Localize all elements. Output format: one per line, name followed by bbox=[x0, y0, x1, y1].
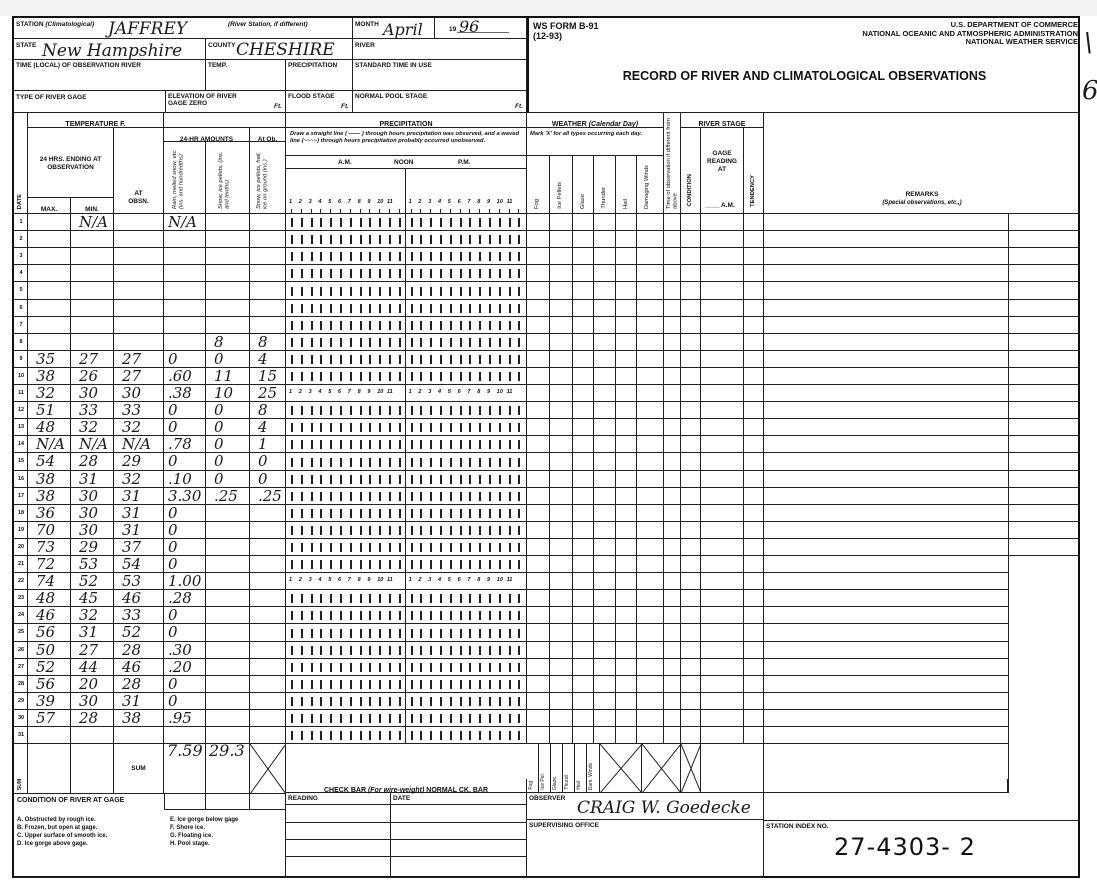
reading-cell[interactable] bbox=[286, 840, 391, 857]
year-field[interactable]: 19 96 bbox=[435, 18, 527, 39]
weather-cell[interactable] bbox=[616, 590, 637, 607]
weather-cell[interactable] bbox=[594, 214, 616, 231]
weather-cell[interactable] bbox=[527, 642, 550, 659]
weather-cell[interactable] bbox=[664, 556, 681, 573]
snow-cell[interactable] bbox=[206, 522, 250, 539]
weather-cell[interactable] bbox=[744, 539, 764, 556]
weather-cell[interactable] bbox=[744, 385, 764, 402]
weather-cell[interactable] bbox=[616, 402, 637, 419]
weather-cell[interactable] bbox=[664, 693, 681, 710]
remarks-cell[interactable] bbox=[764, 693, 1008, 710]
remarks-cell[interactable] bbox=[764, 590, 1008, 607]
weather-cell[interactable] bbox=[637, 453, 664, 471]
weather-cell[interactable] bbox=[573, 453, 594, 471]
weather-cell[interactable] bbox=[664, 317, 681, 334]
weather-cell[interactable] bbox=[573, 402, 594, 419]
weather-cell[interactable] bbox=[664, 573, 681, 590]
elevation-field[interactable]: ELEVATION OF RIVER GAGE ZERO Ft. bbox=[166, 91, 286, 113]
weather-cell[interactable] bbox=[681, 368, 701, 385]
weather-cell[interactable] bbox=[594, 539, 616, 556]
min-cell[interactable]: 30 bbox=[71, 522, 114, 539]
rain-cell[interactable] bbox=[164, 300, 206, 317]
weather-cell[interactable] bbox=[681, 402, 701, 419]
weather-cell[interactable] bbox=[527, 368, 550, 385]
ground-cell[interactable] bbox=[250, 556, 286, 573]
hourly-precip-cells[interactable] bbox=[286, 539, 527, 556]
weather-cell[interactable] bbox=[637, 522, 664, 539]
hourly-precip-cells[interactable] bbox=[286, 436, 527, 453]
weather-cell[interactable] bbox=[637, 642, 664, 659]
obs-cell[interactable]: 31 bbox=[114, 488, 164, 505]
weather-cell[interactable] bbox=[701, 607, 744, 624]
rain-cell[interactable] bbox=[164, 317, 206, 334]
weather-cell[interactable] bbox=[594, 453, 616, 471]
weather-cell[interactable] bbox=[637, 248, 664, 265]
weather-cell[interactable] bbox=[744, 317, 764, 334]
weather-cell[interactable] bbox=[527, 659, 550, 676]
obs-cell[interactable]: 31 bbox=[114, 505, 164, 522]
ground-cell[interactable]: 0 bbox=[250, 453, 286, 471]
hourly-precip-cells[interactable] bbox=[286, 693, 527, 710]
reading-cell[interactable] bbox=[286, 823, 391, 840]
weather-cell[interactable] bbox=[637, 539, 664, 556]
max-cell[interactable]: 50 bbox=[28, 642, 71, 659]
snow-cell[interactable] bbox=[206, 676, 250, 693]
weather-cell[interactable] bbox=[744, 642, 764, 659]
weather-cell[interactable] bbox=[664, 642, 681, 659]
obs-cell[interactable]: 52 bbox=[114, 624, 164, 642]
ground-cell[interactable] bbox=[250, 659, 286, 676]
min-cell[interactable] bbox=[71, 300, 114, 317]
obs-cell[interactable]: 46 bbox=[114, 590, 164, 607]
weather-cell[interactable] bbox=[616, 214, 637, 231]
remarks-cell[interactable] bbox=[764, 453, 1080, 471]
hourly-precip-cells[interactable] bbox=[286, 522, 527, 539]
reading-cell[interactable] bbox=[286, 805, 391, 823]
obs-cell[interactable] bbox=[114, 248, 164, 265]
weather-cell[interactable] bbox=[664, 402, 681, 419]
weather-cell[interactable] bbox=[616, 522, 637, 539]
obs-cell[interactable] bbox=[114, 231, 164, 248]
min-cell[interactable]: 29 bbox=[71, 539, 114, 556]
weather-cell[interactable] bbox=[744, 488, 764, 505]
obs-cell[interactable]: 29 bbox=[114, 453, 164, 471]
min-cell[interactable]: 31 bbox=[71, 471, 114, 488]
weather-cell[interactable] bbox=[744, 351, 764, 368]
weather-cell[interactable] bbox=[594, 351, 616, 368]
snow-cell[interactable] bbox=[206, 248, 250, 265]
weather-cell[interactable] bbox=[616, 231, 637, 248]
rain-cell[interactable]: 0 bbox=[164, 402, 206, 419]
weather-cell[interactable] bbox=[594, 710, 616, 727]
weather-cell[interactable] bbox=[664, 590, 681, 607]
weather-cell[interactable] bbox=[744, 607, 764, 624]
max-cell[interactable]: 51 bbox=[28, 402, 71, 419]
min-cell[interactable]: 33 bbox=[71, 402, 114, 419]
hourly-precip-cells[interactable] bbox=[286, 607, 527, 624]
supervising-office-field[interactable]: SUPERVISING OFFICE bbox=[527, 820, 764, 878]
remarks-cell[interactable] bbox=[764, 710, 1008, 727]
weather-cell[interactable] bbox=[744, 282, 764, 300]
weather-cell[interactable] bbox=[527, 402, 550, 419]
weather-cell[interactable] bbox=[616, 693, 637, 710]
hourly-precip-cells[interactable] bbox=[286, 624, 527, 642]
rain-cell[interactable]: N/A bbox=[164, 214, 206, 231]
weather-cell[interactable] bbox=[616, 727, 637, 744]
weather-cell[interactable] bbox=[664, 300, 681, 317]
weather-cell[interactable] bbox=[681, 642, 701, 659]
weather-cell[interactable] bbox=[550, 539, 573, 556]
weather-cell[interactable] bbox=[594, 436, 616, 453]
weather-cell[interactable] bbox=[681, 214, 701, 231]
remarks-cell[interactable] bbox=[764, 727, 1008, 744]
rain-cell[interactable]: 0 bbox=[164, 607, 206, 624]
weather-cell[interactable] bbox=[550, 488, 573, 505]
weather-cell[interactable] bbox=[664, 248, 681, 265]
hourly-precip-cells[interactable] bbox=[286, 505, 527, 522]
weather-cell[interactable] bbox=[594, 590, 616, 607]
weather-cell[interactable] bbox=[744, 659, 764, 676]
weather-cell[interactable] bbox=[701, 693, 744, 710]
snow-cell[interactable] bbox=[206, 590, 250, 607]
weather-cell[interactable] bbox=[681, 676, 701, 693]
max-cell[interactable]: 32 bbox=[28, 385, 71, 402]
remarks-cell[interactable] bbox=[764, 351, 1080, 368]
weather-cell[interactable] bbox=[681, 248, 701, 265]
weather-cell[interactable] bbox=[637, 317, 664, 334]
weather-cell[interactable] bbox=[550, 607, 573, 624]
weather-cell[interactable] bbox=[527, 351, 550, 368]
rain-cell[interactable]: .78 bbox=[164, 436, 206, 453]
weather-cell[interactable] bbox=[573, 573, 594, 590]
max-cell[interactable]: 48 bbox=[28, 419, 71, 436]
max-cell[interactable] bbox=[28, 282, 71, 300]
weather-cell[interactable] bbox=[681, 693, 701, 710]
weather-cell[interactable] bbox=[664, 710, 681, 727]
hourly-precip-cells[interactable] bbox=[286, 642, 527, 659]
weather-cell[interactable] bbox=[637, 573, 664, 590]
weather-cell[interactable] bbox=[744, 505, 764, 522]
weather-cell[interactable] bbox=[701, 539, 744, 556]
weather-cell[interactable] bbox=[664, 488, 681, 505]
ground-cell[interactable] bbox=[250, 710, 286, 727]
weather-cell[interactable] bbox=[616, 436, 637, 453]
weather-cell[interactable] bbox=[681, 556, 701, 573]
snow-cell[interactable]: 0 bbox=[206, 402, 250, 419]
weather-cell[interactable] bbox=[637, 385, 664, 402]
obs-cell[interactable]: 32 bbox=[114, 419, 164, 436]
obs-cell[interactable]: 31 bbox=[114, 522, 164, 539]
weather-cell[interactable] bbox=[527, 214, 550, 231]
weather-cell[interactable] bbox=[594, 505, 616, 522]
ground-cell[interactable] bbox=[250, 607, 286, 624]
weather-cell[interactable] bbox=[594, 334, 616, 351]
weather-cell[interactable] bbox=[550, 265, 573, 282]
ground-cell[interactable] bbox=[250, 590, 286, 607]
ground-cell[interactable]: 25 bbox=[250, 385, 286, 402]
weather-cell[interactable] bbox=[573, 624, 594, 642]
weather-cell[interactable] bbox=[701, 573, 744, 590]
weather-cell[interactable] bbox=[527, 710, 550, 727]
weather-cell[interactable] bbox=[701, 453, 744, 471]
max-cell[interactable]: 56 bbox=[28, 676, 71, 693]
weather-cell[interactable] bbox=[550, 693, 573, 710]
weather-cell[interactable] bbox=[616, 539, 637, 556]
max-cell[interactable] bbox=[28, 214, 71, 231]
ground-cell[interactable]: 0 bbox=[250, 471, 286, 488]
weather-cell[interactable] bbox=[664, 436, 681, 453]
hourly-precip-cells[interactable] bbox=[286, 368, 527, 385]
precip-time-field[interactable]: PRECIPITATION bbox=[286, 60, 353, 91]
weather-cell[interactable] bbox=[664, 351, 681, 368]
weather-cell[interactable] bbox=[744, 624, 764, 642]
weather-cell[interactable] bbox=[573, 522, 594, 539]
weather-cell[interactable] bbox=[550, 419, 573, 436]
remarks-cell[interactable] bbox=[764, 659, 1008, 676]
min-cell[interactable] bbox=[71, 317, 114, 334]
snow-cell[interactable]: 10 bbox=[206, 385, 250, 402]
remarks-cell[interactable] bbox=[764, 573, 1008, 590]
weather-cell[interactable] bbox=[664, 471, 681, 488]
weather-cell[interactable] bbox=[616, 334, 637, 351]
ground-cell[interactable] bbox=[250, 642, 286, 659]
weather-cell[interactable] bbox=[701, 351, 744, 368]
month-field[interactable]: MONTH April bbox=[353, 18, 435, 39]
weather-cell[interactable] bbox=[701, 248, 744, 265]
state-field[interactable]: STATE New Hampshire bbox=[14, 39, 206, 60]
weather-cell[interactable] bbox=[637, 607, 664, 624]
weather-cell[interactable] bbox=[664, 334, 681, 351]
snow-cell[interactable]: 8 bbox=[206, 334, 250, 351]
weather-cell[interactable] bbox=[527, 727, 550, 744]
hourly-precip-cells[interactable] bbox=[286, 334, 527, 351]
weather-cell[interactable] bbox=[701, 300, 744, 317]
remarks-cell[interactable] bbox=[764, 214, 1080, 231]
weather-cell[interactable] bbox=[681, 385, 701, 402]
obs-cell[interactable]: 32 bbox=[114, 471, 164, 488]
weather-cell[interactable] bbox=[527, 453, 550, 471]
weather-cell[interactable] bbox=[637, 710, 664, 727]
remarks-cell[interactable] bbox=[764, 607, 1008, 624]
remarks-cell[interactable] bbox=[764, 488, 1080, 505]
weather-cell[interactable] bbox=[681, 282, 701, 300]
weather-cell[interactable] bbox=[550, 300, 573, 317]
remarks-cell[interactable] bbox=[764, 522, 1080, 539]
snow-cell[interactable] bbox=[206, 282, 250, 300]
remarks-cell[interactable] bbox=[764, 368, 1080, 385]
remarks-cell[interactable] bbox=[764, 471, 1080, 488]
weather-cell[interactable] bbox=[616, 624, 637, 642]
weather-cell[interactable] bbox=[573, 607, 594, 624]
hourly-precip-cells[interactable] bbox=[286, 590, 527, 607]
weather-cell[interactable] bbox=[594, 488, 616, 505]
ground-cell[interactable] bbox=[250, 282, 286, 300]
rain-cell[interactable]: .60 bbox=[164, 368, 206, 385]
max-cell[interactable] bbox=[28, 300, 71, 317]
weather-cell[interactable] bbox=[616, 351, 637, 368]
max-cell[interactable]: N/A bbox=[28, 436, 71, 453]
min-cell[interactable] bbox=[71, 248, 114, 265]
weather-cell[interactable] bbox=[744, 300, 764, 317]
weather-cell[interactable] bbox=[664, 282, 681, 300]
snow-cell[interactable]: 0 bbox=[206, 351, 250, 368]
weather-cell[interactable] bbox=[637, 676, 664, 693]
weather-cell[interactable] bbox=[616, 471, 637, 488]
weather-cell[interactable] bbox=[594, 402, 616, 419]
weather-cell[interactable] bbox=[550, 368, 573, 385]
snow-cell[interactable] bbox=[206, 573, 250, 590]
hourly-precip-cells[interactable] bbox=[286, 351, 527, 368]
weather-cell[interactable] bbox=[681, 419, 701, 436]
weather-cell[interactable] bbox=[594, 607, 616, 624]
hourly-precip-cells[interactable] bbox=[286, 317, 527, 334]
hourly-precip-cells[interactable] bbox=[286, 300, 527, 317]
weather-cell[interactable] bbox=[594, 231, 616, 248]
weather-cell[interactable] bbox=[664, 607, 681, 624]
ground-cell[interactable]: 4 bbox=[250, 419, 286, 436]
weather-cell[interactable] bbox=[594, 385, 616, 402]
weather-cell[interactable] bbox=[594, 265, 616, 282]
snow-cell[interactable] bbox=[206, 214, 250, 231]
weather-cell[interactable] bbox=[594, 693, 616, 710]
weather-cell[interactable] bbox=[527, 282, 550, 300]
weather-cell[interactable] bbox=[701, 556, 744, 573]
weather-cell[interactable] bbox=[527, 231, 550, 248]
snow-cell[interactable]: .25 bbox=[206, 488, 250, 505]
weather-cell[interactable] bbox=[637, 659, 664, 676]
ground-cell[interactable] bbox=[250, 248, 286, 265]
ground-cell[interactable] bbox=[250, 693, 286, 710]
weather-cell[interactable] bbox=[681, 453, 701, 471]
weather-cell[interactable] bbox=[664, 522, 681, 539]
weather-cell[interactable] bbox=[664, 419, 681, 436]
snow-cell[interactable] bbox=[206, 231, 250, 248]
weather-cell[interactable] bbox=[573, 368, 594, 385]
weather-cell[interactable] bbox=[573, 231, 594, 248]
remarks-cell[interactable] bbox=[764, 231, 1080, 248]
weather-cell[interactable] bbox=[527, 590, 550, 607]
weather-cell[interactable] bbox=[664, 676, 681, 693]
weather-cell[interactable] bbox=[527, 573, 550, 590]
remarks-cell[interactable] bbox=[764, 300, 1080, 317]
weather-cell[interactable] bbox=[681, 624, 701, 642]
weather-cell[interactable] bbox=[744, 676, 764, 693]
ground-cell[interactable]: 15 bbox=[250, 368, 286, 385]
weather-cell[interactable] bbox=[664, 214, 681, 231]
weather-cell[interactable] bbox=[594, 522, 616, 539]
weather-cell[interactable] bbox=[664, 265, 681, 282]
weather-cell[interactable] bbox=[527, 385, 550, 402]
ground-cell[interactable] bbox=[250, 727, 286, 744]
rain-cell[interactable]: 0 bbox=[164, 505, 206, 522]
weather-cell[interactable] bbox=[744, 368, 764, 385]
min-cell[interactable]: 44 bbox=[71, 659, 114, 676]
weather-cell[interactable] bbox=[701, 402, 744, 419]
hourly-precip-cells[interactable] bbox=[286, 214, 527, 231]
weather-cell[interactable] bbox=[573, 727, 594, 744]
weather-cell[interactable] bbox=[550, 351, 573, 368]
weather-cell[interactable] bbox=[664, 385, 681, 402]
max-cell[interactable]: 38 bbox=[28, 368, 71, 385]
weather-cell[interactable] bbox=[616, 659, 637, 676]
snow-cell[interactable]: 0 bbox=[206, 471, 250, 488]
reading-cell[interactable] bbox=[286, 857, 391, 878]
weather-cell[interactable] bbox=[744, 590, 764, 607]
obs-cell[interactable] bbox=[114, 727, 164, 744]
obs-cell[interactable]: 37 bbox=[114, 539, 164, 556]
snow-cell[interactable] bbox=[206, 642, 250, 659]
river-field[interactable]: RIVER bbox=[353, 39, 527, 60]
weather-cell[interactable] bbox=[744, 265, 764, 282]
weather-cell[interactable] bbox=[594, 248, 616, 265]
rain-cell[interactable] bbox=[164, 334, 206, 351]
station-field[interactable]: STATION (Climatological) JAFFREY (River … bbox=[14, 18, 353, 39]
weather-cell[interactable] bbox=[637, 368, 664, 385]
rain-cell[interactable]: 0 bbox=[164, 522, 206, 539]
min-cell[interactable]: 32 bbox=[71, 607, 114, 624]
obs-cell[interactable] bbox=[114, 300, 164, 317]
observer-field[interactable]: OBSERVER CRAIG W. Goedecke bbox=[527, 793, 764, 820]
max-cell[interactable] bbox=[28, 727, 71, 744]
rain-cell[interactable]: 0 bbox=[164, 556, 206, 573]
weather-cell[interactable] bbox=[701, 727, 744, 744]
remarks-cell[interactable] bbox=[764, 642, 1008, 659]
ground-cell[interactable]: 8 bbox=[250, 402, 286, 419]
weather-cell[interactable] bbox=[637, 231, 664, 248]
rain-cell[interactable] bbox=[164, 282, 206, 300]
remarks-cell[interactable] bbox=[764, 334, 1080, 351]
weather-cell[interactable] bbox=[550, 334, 573, 351]
weather-cell[interactable] bbox=[701, 334, 744, 351]
remarks-cell[interactable] bbox=[764, 624, 1008, 642]
weather-cell[interactable] bbox=[550, 402, 573, 419]
weather-cell[interactable] bbox=[664, 539, 681, 556]
max-cell[interactable]: 46 bbox=[28, 607, 71, 624]
standard-time-field[interactable]: STANDARD TIME IN USE bbox=[353, 60, 527, 91]
weather-cell[interactable] bbox=[664, 453, 681, 471]
hourly-precip-cells[interactable] bbox=[286, 556, 527, 573]
weather-cell[interactable] bbox=[527, 419, 550, 436]
weather-cell[interactable] bbox=[527, 334, 550, 351]
weather-cell[interactable] bbox=[701, 624, 744, 642]
obs-cell[interactable]: 27 bbox=[114, 368, 164, 385]
ground-cell[interactable] bbox=[250, 505, 286, 522]
min-cell[interactable] bbox=[71, 265, 114, 282]
weather-cell[interactable] bbox=[681, 573, 701, 590]
weather-cell[interactable] bbox=[701, 710, 744, 727]
weather-cell[interactable] bbox=[573, 556, 594, 573]
weather-cell[interactable] bbox=[594, 471, 616, 488]
max-cell[interactable]: 72 bbox=[28, 556, 71, 573]
weather-cell[interactable] bbox=[744, 419, 764, 436]
weather-cell[interactable] bbox=[681, 300, 701, 317]
weather-cell[interactable] bbox=[573, 419, 594, 436]
max-cell[interactable] bbox=[28, 334, 71, 351]
ground-cell[interactable]: .25 bbox=[250, 488, 286, 505]
weather-cell[interactable] bbox=[550, 214, 573, 231]
observation-time-field[interactable]: TIME (local) OF OBSERVATION RIVER bbox=[14, 60, 206, 91]
max-cell[interactable]: 57 bbox=[28, 710, 71, 727]
weather-cell[interactable] bbox=[637, 282, 664, 300]
max-cell[interactable] bbox=[28, 248, 71, 265]
weather-cell[interactable] bbox=[573, 317, 594, 334]
weather-cell[interactable] bbox=[550, 624, 573, 642]
weather-cell[interactable] bbox=[550, 573, 573, 590]
snow-cell[interactable] bbox=[206, 624, 250, 642]
weather-cell[interactable] bbox=[744, 693, 764, 710]
hourly-precip-cells[interactable] bbox=[286, 727, 527, 744]
weather-cell[interactable] bbox=[594, 556, 616, 573]
